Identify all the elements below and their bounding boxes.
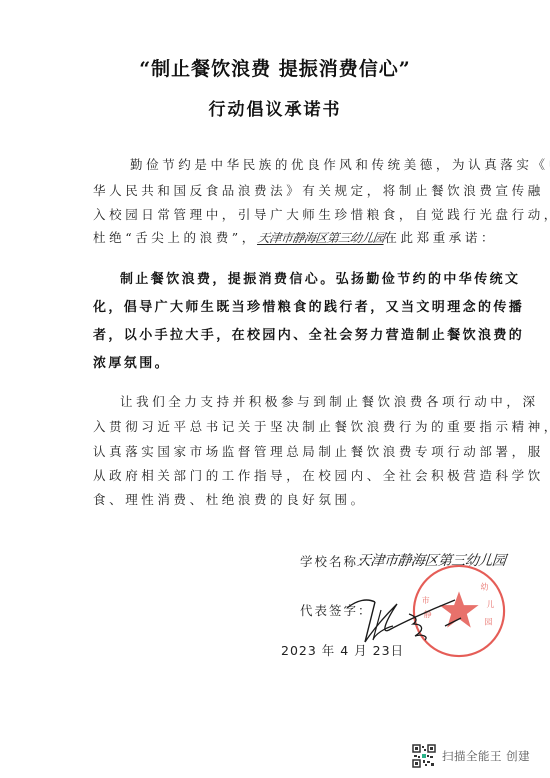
paragraph-line: 让我们全力支持并积极参与到制止餐饮浪费各项行动中，深	[120, 392, 539, 410]
paragraph-line: 从政府相关部门的工作指导，在校园内、全社会积极营造科学饮	[93, 466, 544, 484]
paragraph-line: 制止餐饮浪费，提振消费信心。弘扬勤俭节约的中华传统文	[120, 268, 520, 287]
signature-date: 2023 年 4 月 23日	[281, 641, 404, 659]
paragraph-line: 浓厚氛围。	[93, 352, 170, 371]
scanner-watermark: 扫描全能王 创建	[412, 744, 530, 768]
qr-code-icon	[412, 744, 436, 768]
school-name-handwritten: 天津市静海区第三幼儿园	[356, 550, 507, 570]
watermark-text: 扫描全能王 创建	[442, 748, 530, 764]
paragraph-line: 化，倡导广大师生既当珍惜粮食的践行者，又当文明理念的传播	[93, 296, 524, 315]
handwritten-signature-icon	[345, 590, 475, 645]
document-page: “制止餐饮浪费 提振消费信心” 行动倡议承诺书 勤俭节约是中华民族的优良作风和传…	[0, 0, 550, 778]
paragraph-line-start: 杜绝“舌尖上的浪费”，	[93, 230, 258, 245]
paragraph-line: 入校园日常管理中，引导广大师生珍惜粮食，自觉践行光盘行动，	[93, 205, 550, 223]
paragraph-line: 华人民共和国反食品浪费法》有关规定，将制止餐饮浪费宣传融	[93, 181, 544, 199]
paragraph-line: 认真落实国家市场监督管理总局制止餐饮浪费专项行动部署，服	[93, 442, 544, 460]
paragraph-line: 食、理性消费、杜绝浪费的良好氛围。	[93, 490, 367, 508]
paragraph-line-end: 在此郑重承诺：	[384, 230, 497, 245]
paragraph-line: 者，以小手拉大手，在校园内、全社会努力营造制止餐饮浪费的	[93, 324, 524, 343]
document-title: “制止餐饮浪费 提振消费信心”	[0, 54, 550, 81]
svg-text:园: 园	[484, 618, 492, 627]
svg-text:幼: 幼	[481, 581, 489, 591]
svg-text:儿: 儿	[486, 599, 494, 609]
handwritten-school-name: 天津市静海区第三幼儿园	[257, 229, 386, 246]
paragraph-line: 勤俭节约是中华民族的优良作风和传统美德，为认真落实《中	[130, 155, 550, 173]
paragraph-line: 入贯彻习近平总书记关于坚决制止餐饮浪费行为的重要指示精神，	[93, 417, 550, 435]
document-subtitle: 行动倡议承诺书	[0, 95, 550, 120]
paragraph-line: 杜绝“舌尖上的浪费”，天津市静海区第三幼儿园在此郑重承诺：	[93, 228, 497, 246]
